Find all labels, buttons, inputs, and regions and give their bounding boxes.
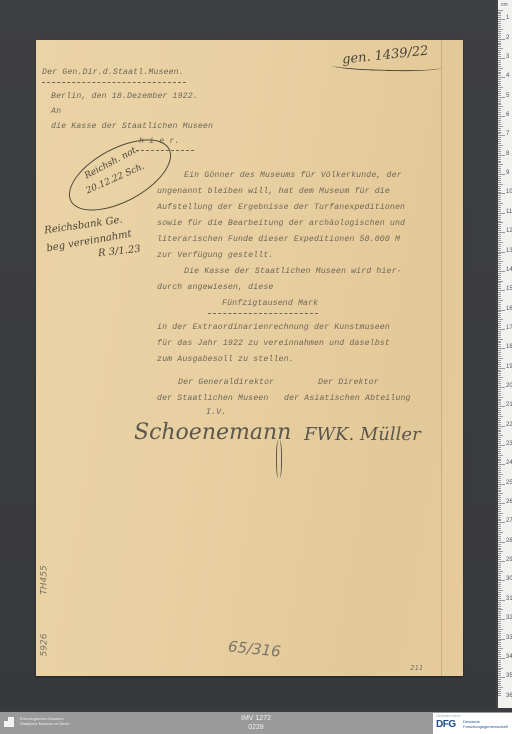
ruler-tick xyxy=(498,344,501,345)
ruler-tick xyxy=(498,507,501,508)
ruler-tick xyxy=(498,484,505,485)
ruler-tick xyxy=(498,141,501,142)
ruler-tick xyxy=(498,691,501,692)
ruler-tick xyxy=(498,13,501,14)
funded-by-label: Gefördert durch xyxy=(436,714,461,718)
ruler-tick xyxy=(498,387,505,388)
ruler-tick xyxy=(498,27,501,28)
amount-in-words: Fünfzigtausend Mark xyxy=(222,299,318,309)
ruler-tick xyxy=(498,43,501,44)
ruler-tick xyxy=(498,561,505,562)
ruler-tick xyxy=(498,244,501,245)
ruler-tick xyxy=(498,317,501,318)
ruler-tick xyxy=(498,103,501,104)
ruler-tick xyxy=(498,106,503,107)
ruler-tick xyxy=(498,56,501,57)
ruler-tick xyxy=(498,73,501,74)
ruler-tick xyxy=(498,538,501,539)
ruler-tick xyxy=(498,286,501,287)
ruler-tick xyxy=(498,166,501,167)
ruler-tick xyxy=(498,453,501,454)
ruler-tick xyxy=(498,400,501,401)
ruler-tick xyxy=(498,631,501,632)
ruler-tick xyxy=(498,228,501,229)
ruler-tick xyxy=(498,17,501,18)
ruler-tick xyxy=(498,379,501,380)
ruler-tick xyxy=(498,201,501,202)
ruler-tick xyxy=(498,91,501,92)
ruler-label: 2 xyxy=(506,35,509,41)
ruler-tick xyxy=(498,646,501,647)
ruler-tick xyxy=(498,205,501,206)
pencil-bottom-center: 65/316 xyxy=(227,637,281,660)
ruler-tick xyxy=(498,81,501,82)
ruler-tick xyxy=(498,124,501,125)
ruler-tick xyxy=(498,101,501,102)
ruler-label: 21 xyxy=(506,402,512,408)
ruler-tick xyxy=(498,549,501,550)
ruler-tick xyxy=(498,135,505,136)
ruler-tick xyxy=(498,542,505,543)
ruler-tick xyxy=(498,66,501,67)
ruler-label: 22 xyxy=(506,422,512,428)
ruler-label: 30 xyxy=(506,576,512,582)
ruler-tick xyxy=(498,46,501,47)
body-line: Ein Gönner des Museums für Völkerkunde, … xyxy=(184,171,402,181)
ruler-tick xyxy=(498,259,501,260)
ruler-label: 36 xyxy=(506,693,512,699)
ruler-tick xyxy=(498,122,501,123)
ruler-tick xyxy=(498,532,503,533)
ruler-tick xyxy=(498,383,501,384)
ruler-tick xyxy=(498,147,501,148)
ruler-tick xyxy=(498,491,501,492)
ruler-tick xyxy=(498,110,501,111)
body-line: literarischen Funde dieser Expeditionen … xyxy=(157,235,400,245)
ruler-tick xyxy=(498,190,501,191)
ruler-tick xyxy=(498,437,501,438)
ruler-tick xyxy=(498,615,501,616)
ruler-tick xyxy=(498,108,501,109)
ruler-tick xyxy=(498,451,501,452)
ruler-tick xyxy=(498,207,501,208)
ruler-tick xyxy=(498,693,501,694)
ruler-tick xyxy=(498,221,501,222)
left-signatory-org: der Staatlichen Museen xyxy=(157,394,268,404)
ruler-tick xyxy=(498,362,501,363)
ruler-label: 4 xyxy=(506,73,509,79)
ruler-tick xyxy=(498,313,501,314)
ruler-tick xyxy=(498,569,501,570)
ruler-tick xyxy=(498,497,501,498)
body-line: Aufstellung der Ergebnisse der Turfanexp… xyxy=(157,203,405,213)
ruler-tick xyxy=(498,116,505,117)
ruler-tick xyxy=(498,329,505,330)
ruler-tick xyxy=(498,217,501,218)
ruler-tick xyxy=(498,184,503,185)
ruler-tick xyxy=(498,300,503,301)
ruler-tick xyxy=(498,331,501,332)
ruler-tick xyxy=(498,52,501,53)
ruler-tick xyxy=(498,623,501,624)
ruler-tick xyxy=(498,261,503,262)
ruler-tick xyxy=(498,677,505,678)
ruler-tick xyxy=(498,132,501,133)
ruler-tick xyxy=(498,93,501,94)
ruler-tick xyxy=(498,575,501,576)
ruler-tick xyxy=(498,422,501,423)
ruler-tick xyxy=(498,203,503,204)
ruler-tick xyxy=(498,58,505,59)
ruler-tick xyxy=(498,137,501,138)
ruler-tick xyxy=(498,609,503,610)
ruler-tick xyxy=(498,248,501,249)
ruler-tick xyxy=(498,157,501,158)
ruler-tick xyxy=(498,517,501,518)
ruler-tick xyxy=(498,238,501,239)
ruler-tick xyxy=(498,544,501,545)
ruler-tick xyxy=(498,613,501,614)
ruler-tick xyxy=(498,333,501,334)
ruler-tick xyxy=(498,236,501,237)
body-line: sowie für die Bearbeitung der archäologi… xyxy=(157,219,405,229)
ruler-tick xyxy=(498,656,501,657)
ruler-tick xyxy=(498,48,503,49)
ruler-tick xyxy=(498,402,501,403)
ruler-tick xyxy=(498,240,501,241)
ruler-tick xyxy=(498,19,505,20)
ruler-tick xyxy=(498,660,501,661)
ruler-label: 19 xyxy=(506,364,512,370)
ruler-tick xyxy=(498,337,501,338)
ruler-tick xyxy=(498,199,501,200)
ruler-tick xyxy=(498,83,501,84)
ruler-label: 17 xyxy=(506,325,512,331)
ruler-tick xyxy=(498,360,501,361)
ruler-tick xyxy=(498,596,501,597)
ruler-tick xyxy=(498,325,501,326)
ruler-label: 25 xyxy=(506,480,512,486)
instruction-line: Die Kasse der Staatlichen Museen wird hi… xyxy=(184,267,402,277)
ruler-tick xyxy=(498,72,501,73)
ruler-tick xyxy=(498,582,501,583)
ruler-tick xyxy=(498,70,501,71)
ruler-tick xyxy=(498,687,503,688)
ruler-unit: cm xyxy=(501,2,508,8)
ruler-tick xyxy=(498,662,501,663)
margin-note-line3: R 3/1.23 xyxy=(98,244,142,259)
ruler-tick xyxy=(498,685,501,686)
ruler-tick xyxy=(498,226,501,227)
ruler-label: 12 xyxy=(506,228,512,234)
ruler-tick xyxy=(498,424,501,425)
ruler-tick xyxy=(498,600,505,601)
ruler-tick xyxy=(498,180,501,181)
ruler-tick xyxy=(498,21,501,22)
proxy-mark: I.V. xyxy=(206,408,226,418)
ruler-tick xyxy=(498,580,505,581)
ruler-label: 34 xyxy=(506,654,512,660)
ruler-label: 3 xyxy=(506,54,509,60)
ruler-tick xyxy=(498,480,501,481)
ruler-tick xyxy=(498,435,503,436)
ruler-tick xyxy=(498,567,501,568)
ruler-tick xyxy=(498,294,501,295)
ruler-tick xyxy=(498,530,501,531)
ruler-tick xyxy=(498,426,505,427)
reference-underline xyxy=(332,60,442,73)
ruler-tick xyxy=(498,445,505,446)
closing-line: zum Ausgabesoll zu stellen. xyxy=(157,355,294,365)
ruler-tick xyxy=(498,273,501,274)
ruler-tick xyxy=(498,416,503,417)
ruler-tick xyxy=(498,126,503,127)
ruler-tick xyxy=(498,168,501,169)
ruler-tick xyxy=(498,292,501,293)
ruler-tick xyxy=(498,540,501,541)
ruler-tick xyxy=(498,257,501,258)
ruler-tick xyxy=(498,31,501,32)
ruler-tick xyxy=(498,681,501,682)
ruler-tick xyxy=(498,172,501,173)
ruler-tick xyxy=(498,77,505,78)
ruler-tick xyxy=(498,68,503,69)
ruler-tick xyxy=(498,513,503,514)
ruler-tick xyxy=(498,339,503,340)
ruler-label: 1 xyxy=(506,15,509,21)
ruler-tick xyxy=(498,447,501,448)
closing-line: für das Jahr 1922 zu vereinnahmen und da… xyxy=(157,339,390,349)
ruler-tick xyxy=(498,54,501,55)
ruler-tick xyxy=(498,395,501,396)
ruler-tick xyxy=(498,373,501,374)
ruler-label: 13 xyxy=(506,248,512,254)
ruler-tick xyxy=(498,348,505,349)
ruler-tick xyxy=(498,197,501,198)
ruler-label: 20 xyxy=(506,383,512,389)
ruler-tick xyxy=(498,666,501,667)
ruler-tick xyxy=(498,548,501,549)
ruler-tick xyxy=(498,493,503,494)
closing-line: in der Extraordinarienrechnung der Kunst… xyxy=(157,323,390,333)
ruler-tick xyxy=(498,284,501,285)
ruler-tick xyxy=(498,408,501,409)
ruler-tick xyxy=(498,557,501,558)
ruler-tick xyxy=(498,12,501,13)
ruler-tick xyxy=(498,97,505,98)
ruler-tick xyxy=(498,335,501,336)
ruler-tick xyxy=(498,606,501,607)
ruler-tick xyxy=(498,139,501,140)
ruler-label: 28 xyxy=(506,538,512,544)
pencil-left-vertical-1: TH455 xyxy=(40,565,50,594)
ruler-tick xyxy=(498,342,501,343)
ruler-tick xyxy=(498,520,501,521)
funder-name: Deutsche Forschungsgemeinschaft xyxy=(463,719,508,729)
ruler-tick xyxy=(498,536,501,537)
ruler-tick xyxy=(498,418,501,419)
ruler-tick xyxy=(498,352,501,353)
ruler-tick xyxy=(498,308,501,309)
ruler-tick xyxy=(498,490,501,491)
ruler-tick xyxy=(498,354,501,355)
ruler-label: 8 xyxy=(506,151,509,157)
ruler-tick xyxy=(498,39,505,40)
ruler-tick xyxy=(498,118,501,119)
ruler-tick xyxy=(498,275,501,276)
ruler-tick xyxy=(498,621,501,622)
ruler-tick xyxy=(498,211,501,212)
ruler-tick xyxy=(498,290,505,291)
ruler-tick xyxy=(498,441,501,442)
measurement-ruler: cm 1234567891011121314151617181920212223… xyxy=(496,0,512,708)
ruler-label: 27 xyxy=(506,518,512,524)
ruler-tick xyxy=(498,509,501,510)
ruler-tick xyxy=(498,460,501,461)
ruler-tick xyxy=(498,389,501,390)
ruler-tick xyxy=(498,302,501,303)
ruler-tick xyxy=(498,627,501,628)
ruler-tick xyxy=(498,170,501,171)
ruler-tick xyxy=(498,60,501,61)
ruler-tick xyxy=(498,468,501,469)
ruler-tick xyxy=(498,573,501,574)
ruler-tick xyxy=(498,604,501,605)
ruler-label: 33 xyxy=(506,635,512,641)
ruler-tick xyxy=(498,232,505,233)
ruler-tick xyxy=(498,633,501,634)
ruler-tick xyxy=(498,246,501,247)
ruler-tick xyxy=(498,41,501,42)
ruler-tick xyxy=(498,391,501,392)
ruler-tick xyxy=(498,128,501,129)
ruler-tick xyxy=(498,559,501,560)
ruler-tick xyxy=(498,306,501,307)
ruler-label: 18 xyxy=(506,344,512,350)
ruler-tick xyxy=(498,145,503,146)
ruler-tick xyxy=(498,341,501,342)
ruler-tick xyxy=(498,377,503,378)
ruler-tick xyxy=(498,159,501,160)
left-signature: Schoenemann xyxy=(134,420,291,445)
ruler-tick xyxy=(498,420,501,421)
ruler-tick xyxy=(498,399,501,400)
ruler-tick xyxy=(498,664,501,665)
ruler-tick xyxy=(498,385,501,386)
ruler-tick xyxy=(498,192,501,193)
ruler-tick xyxy=(498,511,501,512)
ruler-tick xyxy=(498,304,501,305)
ruler-tick xyxy=(498,404,501,405)
funder-block: Gefördert durch DFG Deutsche Forschungsg… xyxy=(433,713,512,734)
ruler-tick xyxy=(498,629,503,630)
ruler-tick xyxy=(498,99,501,100)
ruler-tick xyxy=(498,503,505,504)
ruler-tick xyxy=(498,588,501,589)
ruler-tick xyxy=(498,675,501,676)
dfg-logo-icon: DFG xyxy=(436,719,456,730)
ruler-tick xyxy=(498,242,503,243)
ruler-tick xyxy=(498,130,501,131)
ruler-tick xyxy=(498,253,501,254)
ruler-tick xyxy=(498,222,503,223)
ruler-tick xyxy=(498,495,501,496)
ruler-tick xyxy=(498,553,501,554)
ruler-label: 7 xyxy=(506,131,509,137)
ruler-tick xyxy=(498,689,501,690)
ruler-tick xyxy=(498,617,501,618)
ruler-tick xyxy=(498,642,501,643)
ruler-tick xyxy=(498,462,501,463)
ruler-tick xyxy=(498,474,503,475)
ruler-tick xyxy=(498,546,501,547)
ruler-tick xyxy=(498,431,501,432)
ruler-tick xyxy=(498,33,501,34)
funder-name-line2: Forschungsgemeinschaft xyxy=(463,724,508,729)
ruler-tick xyxy=(498,650,501,651)
ruler-tick xyxy=(498,397,503,398)
ruler-tick xyxy=(498,370,501,371)
fold-line xyxy=(441,40,442,676)
ruler-tick xyxy=(498,79,501,80)
ruler-tick xyxy=(498,366,501,367)
ruler-tick xyxy=(498,178,501,179)
ruler-tick xyxy=(498,315,501,316)
ruler-tick xyxy=(498,381,501,382)
ruler-tick xyxy=(498,393,501,394)
ruler-tick xyxy=(498,321,501,322)
ruler-tick xyxy=(498,15,501,16)
ruler-tick xyxy=(498,515,501,516)
ruler-tick xyxy=(498,44,501,45)
left-signatory-title: Der Generaldirektor xyxy=(178,378,274,388)
ruler-tick xyxy=(498,608,501,609)
body-line: zur Verfügung gestellt. xyxy=(157,251,273,261)
ruler-tick xyxy=(498,255,501,256)
ruler-tick xyxy=(498,149,501,150)
ruler-tick xyxy=(498,263,501,264)
ruler-tick xyxy=(498,281,503,282)
ruler-tick xyxy=(498,10,503,11)
ruler-tick xyxy=(498,619,505,620)
ruler-tick xyxy=(498,528,501,529)
ruler-tick xyxy=(498,526,501,527)
ruler-tick xyxy=(498,584,501,585)
ruler-label: 31 xyxy=(506,596,512,602)
ruler-tick xyxy=(498,625,501,626)
ruler-tick xyxy=(498,151,501,152)
ruler-tick xyxy=(498,323,501,324)
ruler-tick xyxy=(498,639,505,640)
ruler-tick xyxy=(498,346,501,347)
ruler-tick xyxy=(498,219,501,220)
ruler-tick xyxy=(498,433,501,434)
ruler-tick xyxy=(498,250,501,251)
ruler-tick xyxy=(498,488,501,489)
ruler-tick xyxy=(498,640,501,641)
ruler-tick xyxy=(498,162,501,163)
ruler-label: 15 xyxy=(506,286,512,292)
ruler-tick xyxy=(498,114,501,115)
ruler-tick xyxy=(498,176,501,177)
pencil-left-vertical-2: 5926 xyxy=(39,634,49,657)
ruler-tick xyxy=(498,269,501,270)
ruler-label: 14 xyxy=(506,267,512,273)
ruler-label: 6 xyxy=(506,112,509,118)
place-date: Berlin, den 18.Dezember 1922. xyxy=(51,92,198,102)
ruler-tick xyxy=(498,683,501,684)
ruler-tick xyxy=(498,327,501,328)
